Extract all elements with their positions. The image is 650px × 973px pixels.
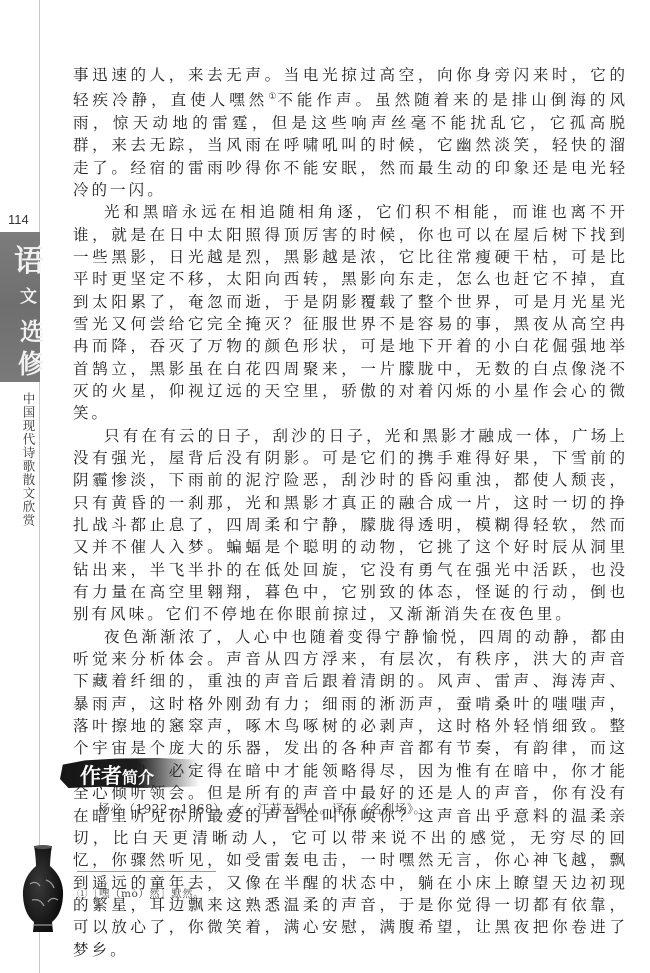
paragraph: 夜色渐渐浓了，人心中也随着变得宁静愉悦，四周的动静，都由听觉来分析体会。声音从四…: [73, 626, 628, 961]
heading-small: 简介: [122, 768, 154, 787]
author-heading-title: 作者简介: [80, 760, 154, 790]
footnote: ①〔嘿（mò）然〕默然。: [77, 886, 204, 901]
book-subtitle-vertical: 中国现代诗歌散文欣赏: [20, 392, 36, 527]
page-number: 114: [8, 212, 38, 227]
paragraph: 事迅速的人，来去无声。当电光掠过高空，向你身旁闪来时，它的轻疾冷静，直使人嘿然①…: [73, 64, 628, 201]
side-tab-band: 语 文 选 修: [0, 232, 40, 382]
margin-rule: [39, 0, 40, 973]
vase-icon: [20, 844, 66, 936]
side-tab-char: 修: [18, 344, 44, 381]
paragraph: 光和黑暗永远在相追随相角逐，它们积不相能，而谁也离不开谁，就是在日中太阳照得顶厉…: [73, 201, 628, 424]
author-info: 杨必（1922—1968），女，江苏无锡人。译有《名利场》。: [98, 800, 426, 817]
essay-body: 事迅速的人，来去无声。当电光掠过高空，向你身旁闪来时，它的轻疾冷静，直使人嘿然①…: [73, 64, 628, 961]
side-tab-char: 选: [20, 312, 44, 347]
heading-big: 作者: [80, 763, 122, 788]
side-tab-char: 语: [14, 236, 44, 280]
paragraph: 只有在有云的日子，刮沙的日子，光和黑影才融成一体，广场上没有强光，屋背后没有阴影…: [73, 425, 628, 626]
author-intro-heading: 作者简介: [60, 752, 200, 792]
side-tab-char: 文: [20, 282, 37, 307]
footnote-divider: [77, 871, 216, 872]
